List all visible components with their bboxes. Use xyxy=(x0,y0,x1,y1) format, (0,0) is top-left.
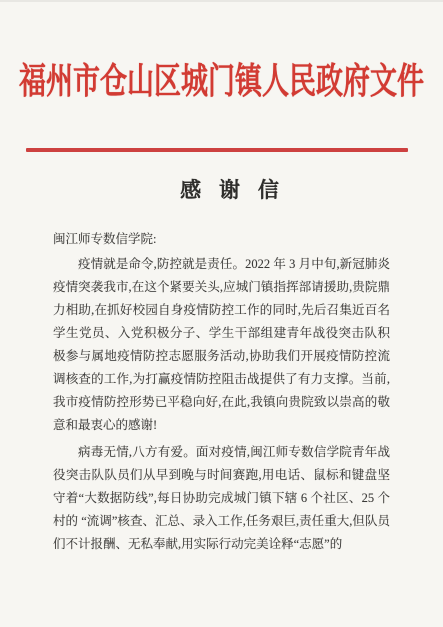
government-document-header-title: 福州市仓山区城门镇人民政府文件 xyxy=(0,52,443,103)
letter-paragraph-1: 疫情就是命令,防控就是责任。2022 年 3 月中旬,新冠肺炎疫情突袭我市,在这… xyxy=(53,253,390,437)
letter-title: 感谢信 xyxy=(8,174,443,204)
letter-body: 闽江师专数信学院: 疫情就是命令,防控就是责任。2022 年 3 月中旬,新冠肺… xyxy=(53,228,390,560)
scan-edge-artifact xyxy=(0,0,443,2)
scanned-document-page: 福州市仓山区城门镇人民政府文件 感谢信 闽江师专数信学院: 疫情就是命令,防控就… xyxy=(0,0,443,627)
header-red-rule xyxy=(26,148,408,152)
letter-paragraph-2: 病毒无情,八方有爱。面对疫情,闽江师专数信学院青年战役突击队队员们从早到晚与时间… xyxy=(53,441,390,556)
letter-salutation: 闽江师专数信学院: xyxy=(53,228,390,251)
